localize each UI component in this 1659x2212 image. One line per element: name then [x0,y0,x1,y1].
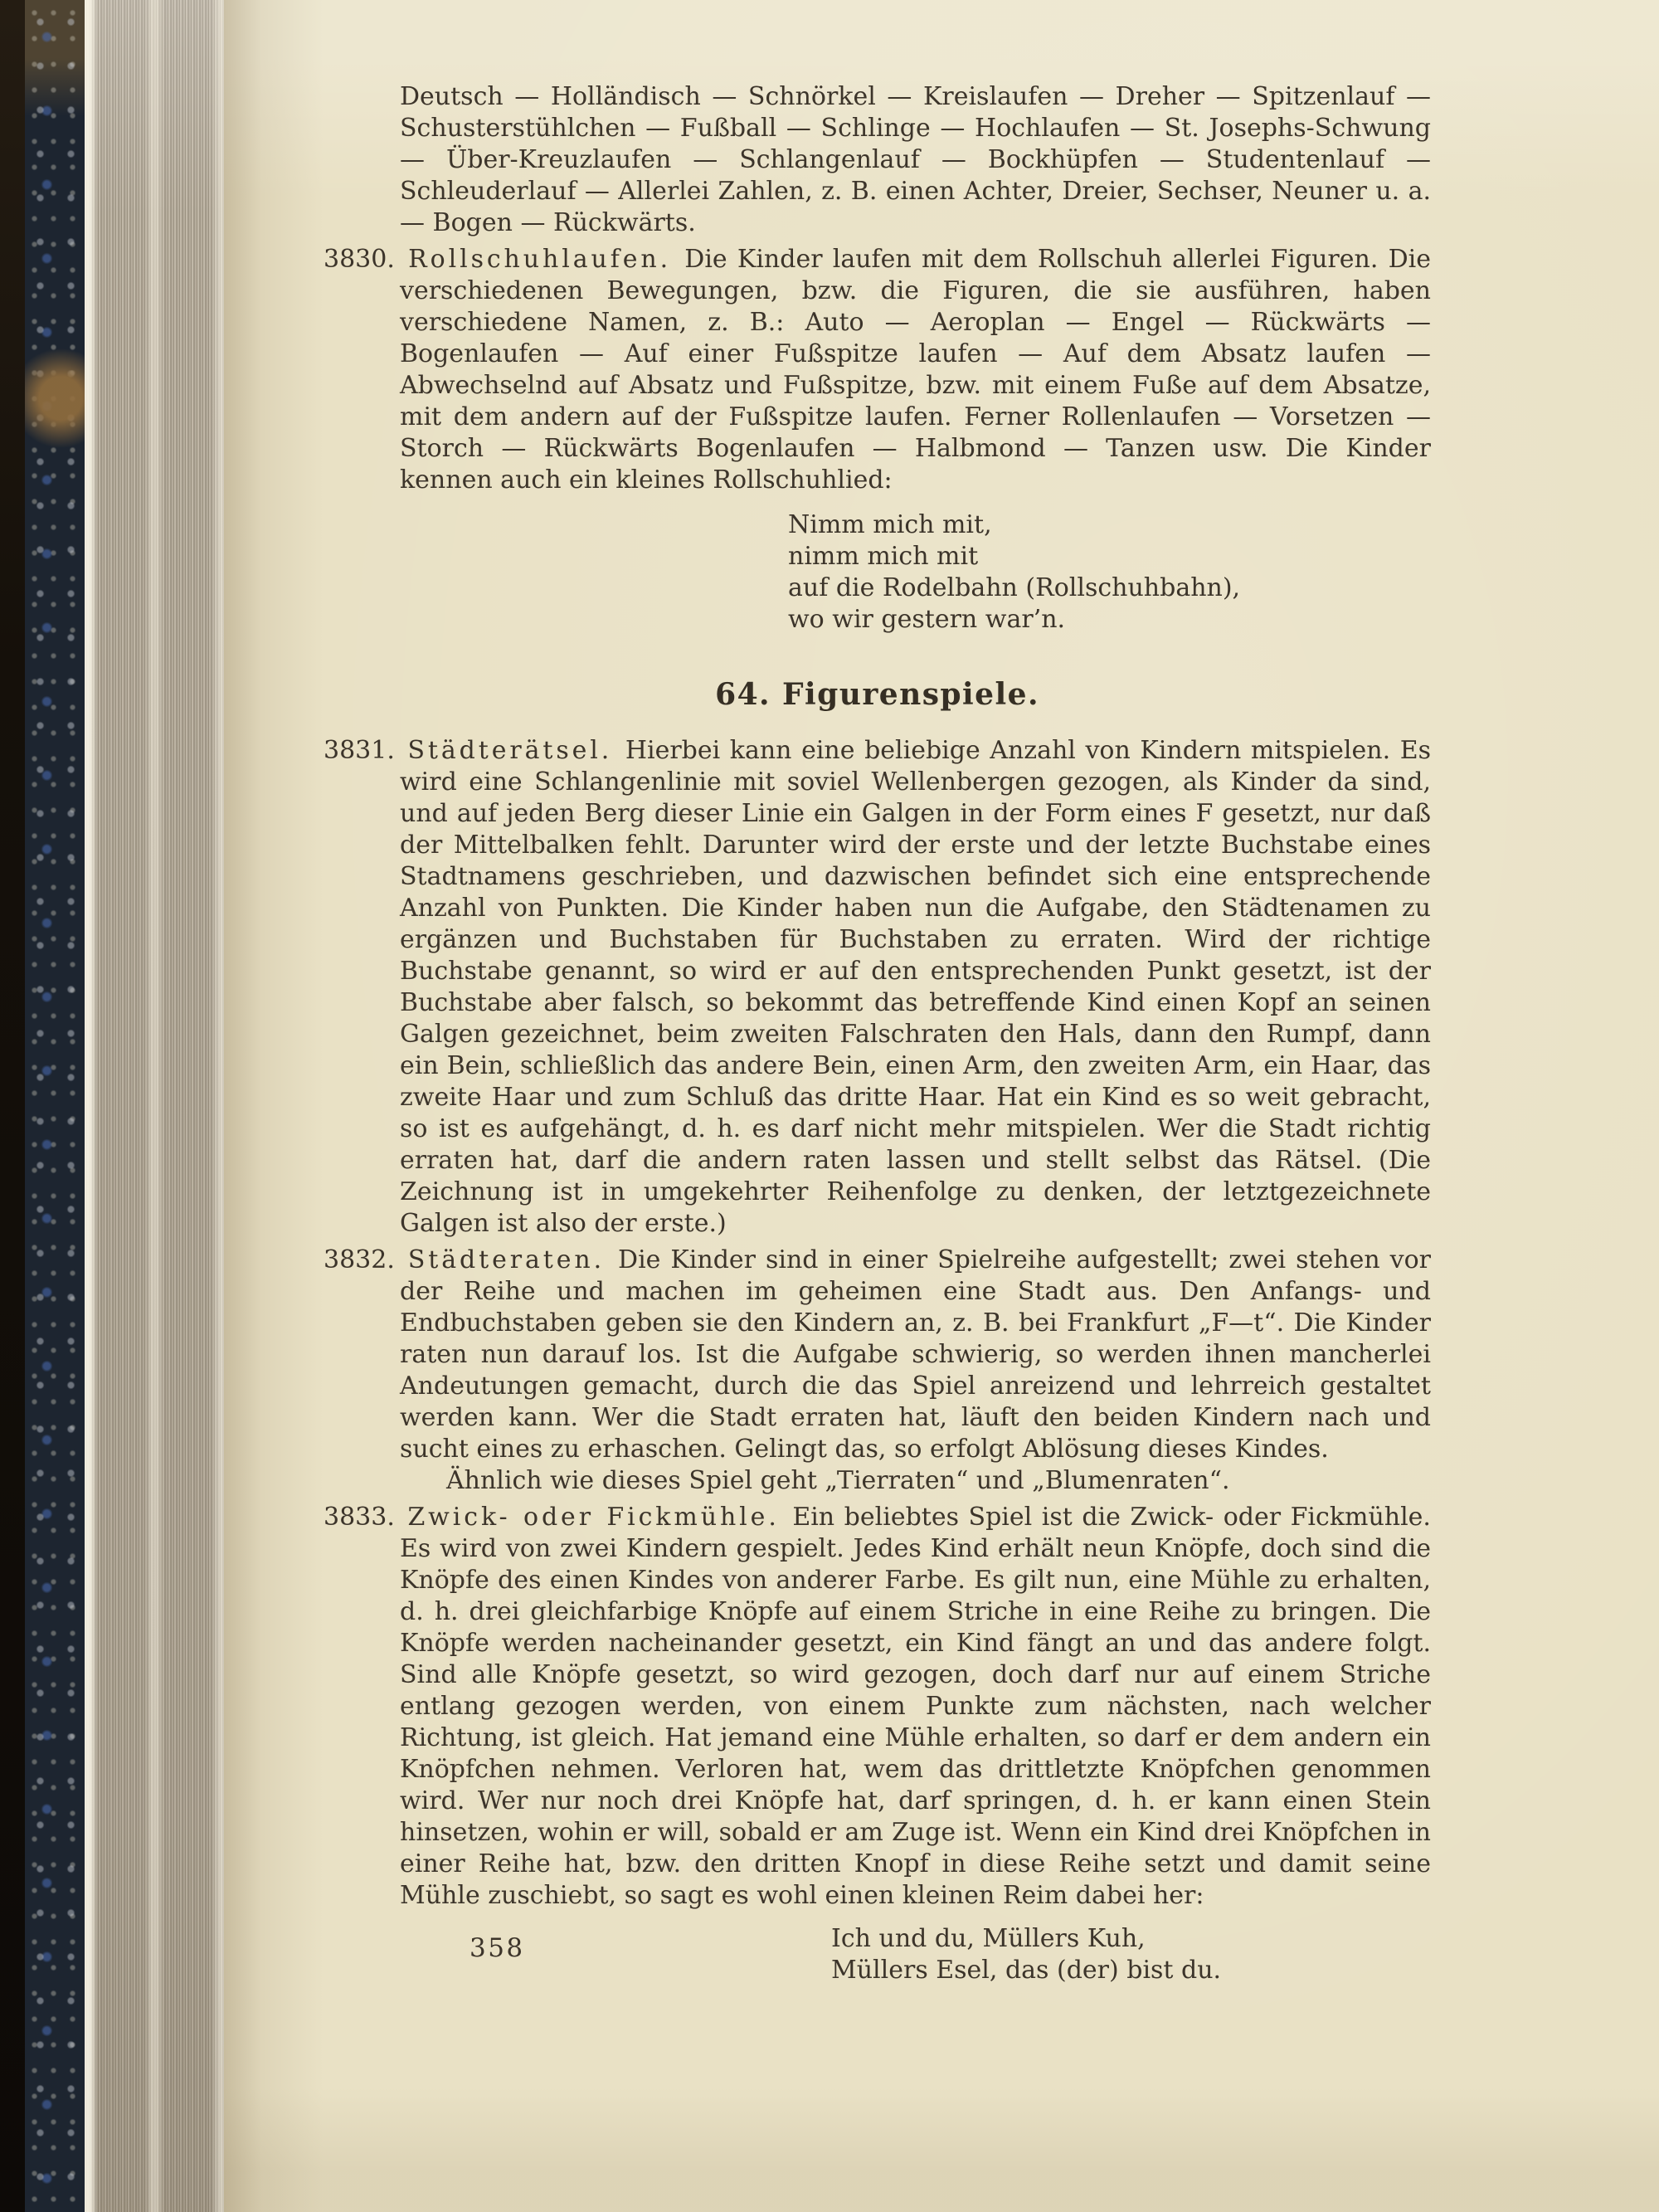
muellers-kuh-poem: Ich und du, Müllers Kuh, Müllers Esel, d… [831,1923,1431,1986]
poem-line: wo wir gestern war’n. [788,604,1431,636]
entry-number: 3830. [324,245,398,274]
entry-3833: 3833. Zwick- oder Fickmühle. Ein beliebt… [324,1502,1431,1912]
poem-line: Nimm mich mit, [788,509,1431,541]
scan-background-gutter [0,0,25,2212]
entry-number: 3833. [324,1503,398,1532]
text-column: Deutsch — Holländisch — Schnörkel — Krei… [324,81,1431,1986]
stacked-page-fore-edge [85,0,224,2212]
chapter-heading: 64. Figurenspiele. [324,679,1431,710]
poem-line: Müllers Esel, das (der) bist du. [831,1955,1431,1986]
entry-text: Ein beliebtes Spiel ist die Zwick- oder … [400,1503,1431,1910]
entry-3830: 3830. Rollschuhlaufen. Die Kinder laufen… [324,244,1431,496]
entry-title: Städteraten. [408,1245,608,1274]
rollschuhlied-poem: Nimm mich mit, nimm mich mit auf die Rod… [788,509,1431,636]
marbled-book-cover-edge [25,0,85,2212]
entry-number: 3832. [324,1245,398,1274]
entry-text: Die Kinder sind in einer Spielreihe aufg… [400,1245,1431,1464]
book-page-scan: Deutsch — Holländisch — Schnörkel — Krei… [0,0,1659,2212]
entry-3831: 3831. Städterätsel. Hierbei kann eine be… [324,735,1431,1240]
page-number: 358 [469,1933,525,1963]
entry-number: 3831. [324,736,398,765]
poem-line: nimm mich mit [788,541,1431,572]
entry-3832-addendum: Ähnlich wie dieses Spiel geht „Tierraten… [324,1465,1431,1497]
poem-line: auf die Rodelbahn (Rollschuhbahn), [788,572,1431,604]
entry-title: Zwick- oder Fickmühle. [407,1503,782,1532]
entry-title: Rollschuhlaufen. [408,245,674,274]
entry-text: Die Kinder laufen mit dem Rollschuh alle… [400,245,1431,495]
entry-3832: 3832. Städteraten. Die Kinder sind in ei… [324,1245,1431,1465]
poem-line: Ich und du, Müllers Kuh, [831,1923,1431,1955]
entry-title: Städterätsel. [407,736,615,765]
intro-continuation-paragraph: Deutsch — Holländisch — Schnörkel — Krei… [400,81,1431,239]
entry-text: Hierbei kann eine beliebige Anzahl von K… [400,736,1431,1238]
